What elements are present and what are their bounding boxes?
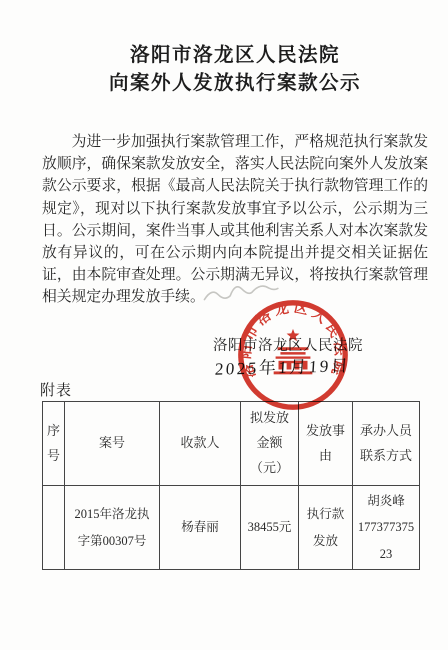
attachment-label: 附表 <box>40 379 72 400</box>
col-header-seq: 序 号 <box>43 402 65 486</box>
case-funds-table: 序 号 案号 收款人 拟发放 金额 （元） 发放事 由 承办人员 联系方式 20… <box>42 401 420 570</box>
table-header-row: 序 号 案号 收款人 拟发放 金额 （元） 发放事 由 承办人员 联系方式 <box>43 402 420 486</box>
cell-amount: 38455元 <box>241 486 299 570</box>
col-header-amount: 拟发放 金额 （元） <box>241 402 299 486</box>
national-emblem-icon <box>274 329 313 374</box>
title-line-2: 向案外人发放执行案款公示 <box>11 70 448 98</box>
cell-seq <box>43 486 65 570</box>
col-header-reason: 发放事 由 <box>299 402 353 486</box>
cell-reason: 执行款 发放 <box>299 486 353 570</box>
document-page: 洛阳市洛龙区人民法院 向案外人发放执行案款公示 为进一步加强执行案款管理工作，严… <box>0 0 448 650</box>
title-line-1: 洛阳市洛龙区人民法院 <box>11 42 448 70</box>
document-title: 洛阳市洛龙区人民法院 向案外人发放执行案款公示 <box>11 42 448 98</box>
cell-case-number: 2015年洛龙执 字第00307号 <box>65 486 160 570</box>
official-seal: 洛阳市洛龙区人民法院 <box>235 297 351 413</box>
col-header-payee: 收款人 <box>160 402 241 486</box>
cell-payee: 杨春丽 <box>160 486 241 570</box>
col-header-case-number: 案号 <box>65 402 160 486</box>
cell-handler-contact: 胡炎峰 177377375 23 <box>353 486 420 570</box>
col-header-handler-contact: 承办人员 联系方式 <box>353 402 420 486</box>
table-row: 2015年洛龙执 字第00307号 杨春丽 38455元 执行款 发放 胡炎峰 … <box>43 486 420 570</box>
